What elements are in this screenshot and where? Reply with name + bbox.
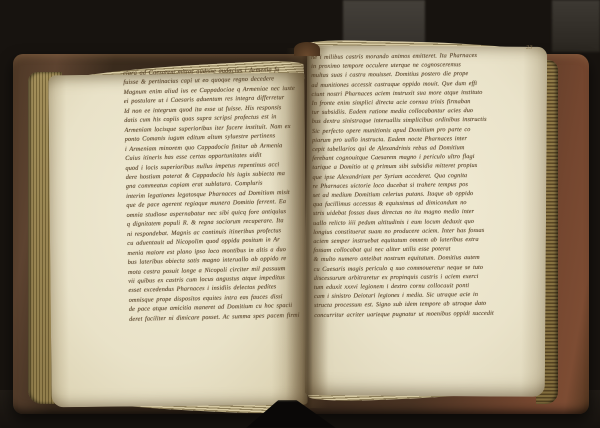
folio-number: 23: [526, 44, 533, 51]
photograph-of-manuscript: clara ad Caesarem mittas audisse audaciu…: [0, 0, 600, 428]
background-corner-panel: [552, 0, 600, 52]
left-page-text-block: clara ad Caesarem mittas audisse audaciu…: [123, 65, 309, 325]
right-page-text-block: ne i milibus castris morando animos emit…: [311, 50, 523, 319]
